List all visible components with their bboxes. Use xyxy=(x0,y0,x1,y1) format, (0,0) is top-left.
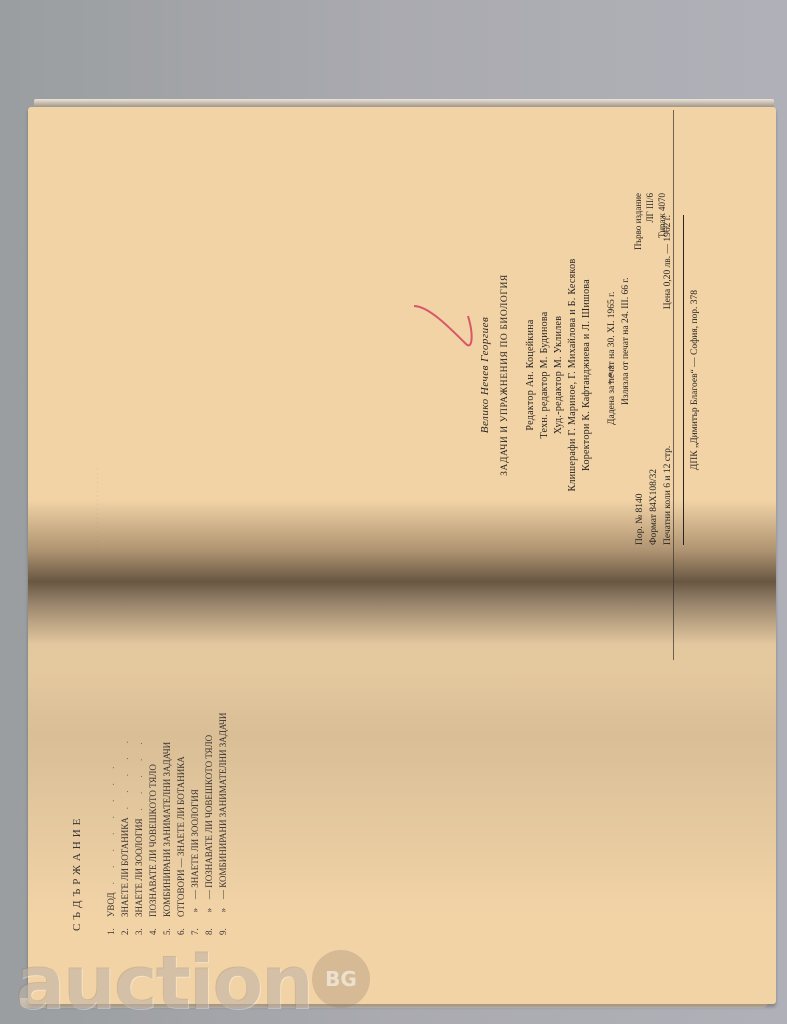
publication-details: Дадена за печат на 30. XI. 1965 г. Изляз… xyxy=(605,215,702,545)
credit-editor: Редактор Ан. Коцейкина xyxy=(524,220,538,530)
toc-item-title: » — ЗНАЕТЕ ЛИ ЗООЛОГИЯ xyxy=(188,789,202,917)
divider-rule xyxy=(683,215,684,545)
edition-label: Първо издание xyxy=(632,193,644,250)
toc-item-number: 1. xyxy=(104,917,118,935)
credit-proofreaders: Коректори К. Кафтанджиева и Л. Шишова xyxy=(580,220,594,530)
watermark-badge: BG xyxy=(312,950,370,1008)
book-title: ЗАДАЧИ И УПРАЖНЕНИЯ ПО БИОЛОГИЯ xyxy=(498,220,512,530)
credit-engravers: Клишерафи Г. Мариное, Г. Михайлова и Б. … xyxy=(566,220,580,530)
toc-item: 3.ЗНАЕТЕ ЛИ ЗООЛОГИЯ. . . . . xyxy=(132,605,146,935)
toc-item-leader: . . . . . . . . xyxy=(104,761,118,885)
toc-item-number: 8. xyxy=(202,917,216,935)
toc-item: 8. » — ПОЗНАВАТЕ ЛИ ЧОВЕШКОТО ТЯЛО xyxy=(202,605,216,935)
toc-item: 5.КОМБИНИРАНИ ЗАНИМАТЕЛНИ ЗАДАЧИ xyxy=(160,605,174,935)
toc-list: 1.УВОД. . . . . . . .2.ЗНАЕТЕ ЛИ БОТАНИК… xyxy=(104,605,230,935)
sent-to-press: Дадена за печат на 30. XI. 1965 г. xyxy=(605,215,619,545)
author-name: Велико Нечев Георгиев xyxy=(478,220,492,530)
toc-item-leader: . . . . . xyxy=(132,736,146,810)
toc-item-title: ЗНАЕТЕ ЛИ ЗООЛОГИЯ xyxy=(132,819,146,917)
toc-heading: СЪДЪРЖАНИЕ xyxy=(70,605,84,931)
toc-item-number: 9. xyxy=(216,917,230,935)
toc-item-title: УВОД xyxy=(104,892,118,917)
toc-item-number: 3. xyxy=(132,917,146,935)
toc-item-title: » — ПОЗНАВАТЕ ЛИ ЧОВЕШКОТО ТЯЛО xyxy=(202,735,216,917)
toc-item: 1.УВОД. . . . . . . . xyxy=(104,605,118,935)
format: Формат 84X108/32 xyxy=(647,469,661,545)
edition-code: ЛГ III/6 xyxy=(644,193,656,250)
printer: ДПК „Димитър Благоев“ — София, пор. 378 xyxy=(688,215,702,545)
toc-item-number: 7. xyxy=(188,917,202,935)
toc-item-number: 5. xyxy=(160,917,174,935)
toc-item: 6.ОТГОВОРИ — ЗНАЕТЕ ЛИ БОТАНИКА xyxy=(174,605,188,935)
toc-item: 4.ПОЗНАВАТЕ ЛИ ЧОВЕШКОТО ТЯЛО xyxy=(146,605,160,935)
toc-item-number: 2. xyxy=(118,917,132,935)
toc-item: 2.ЗНАЕТЕ ЛИ БОТАНИКА. . . . . xyxy=(118,605,132,935)
vertical-rule xyxy=(673,110,674,660)
credit-art-editor: Худ.-редактор М. Уклилев xyxy=(552,220,566,530)
toc-item-title: ПОЗНАВАТЕ ЛИ ЧОВЕШКОТО ТЯЛО xyxy=(146,764,160,917)
toc-item: 9. » — КОМБИНИРАНИ ЗАНИМАТЕЛНИ ЗАДАЧИ xyxy=(216,605,230,935)
toc-item: 7. » — ЗНАЕТЕ ЛИ ЗООЛОГИЯ xyxy=(188,605,202,935)
toc-item-title: КОМБИНИРАНИ ЗАНИМАТЕЛНИ ЗАДАЧИ xyxy=(160,742,174,917)
printed-date: Излязла от печат на 24. III. 66 г. xyxy=(619,215,633,545)
print-run: Тираж 4070 xyxy=(656,193,668,250)
toc-item-leader: . . . . . xyxy=(118,735,132,809)
order-number: Пор. № 8140 xyxy=(633,493,647,545)
credit-tech-editor: Техн. редактор М. Будинова xyxy=(538,220,552,530)
edition-block: Първо издание ЛГ III/6 Тираж 4070 xyxy=(632,193,668,250)
toc-item-number: 4. xyxy=(146,917,160,935)
toc-item-title: ЗНАЕТЕ ЛИ БОТАНИКА xyxy=(118,817,132,917)
toc-item-title: ОТГОВОРИ — ЗНАЕТЕ ЛИ БОТАНИКА xyxy=(174,756,188,917)
watermark-logo: auction xyxy=(15,940,312,1024)
toc-item-title: » — КОМБИНИРАНИ ЗАНИМАТЕЛНИ ЗАДАЧИ xyxy=(216,713,230,917)
table-of-contents: СЪДЪРЖАНИЕ 1.УВОД. . . . . . . .2.ЗНАЕТЕ… xyxy=(70,605,230,935)
bleed-through-text: . . . . . . . . . . . . . . . . . . . . … xyxy=(90,468,100,560)
pen-mark-icon xyxy=(408,296,478,356)
toc-item-number: 6. xyxy=(174,917,188,935)
imprint-block: Велико Нечев Георгиев ЗАДАЧИ И УПРАЖНЕНИ… xyxy=(478,220,620,530)
